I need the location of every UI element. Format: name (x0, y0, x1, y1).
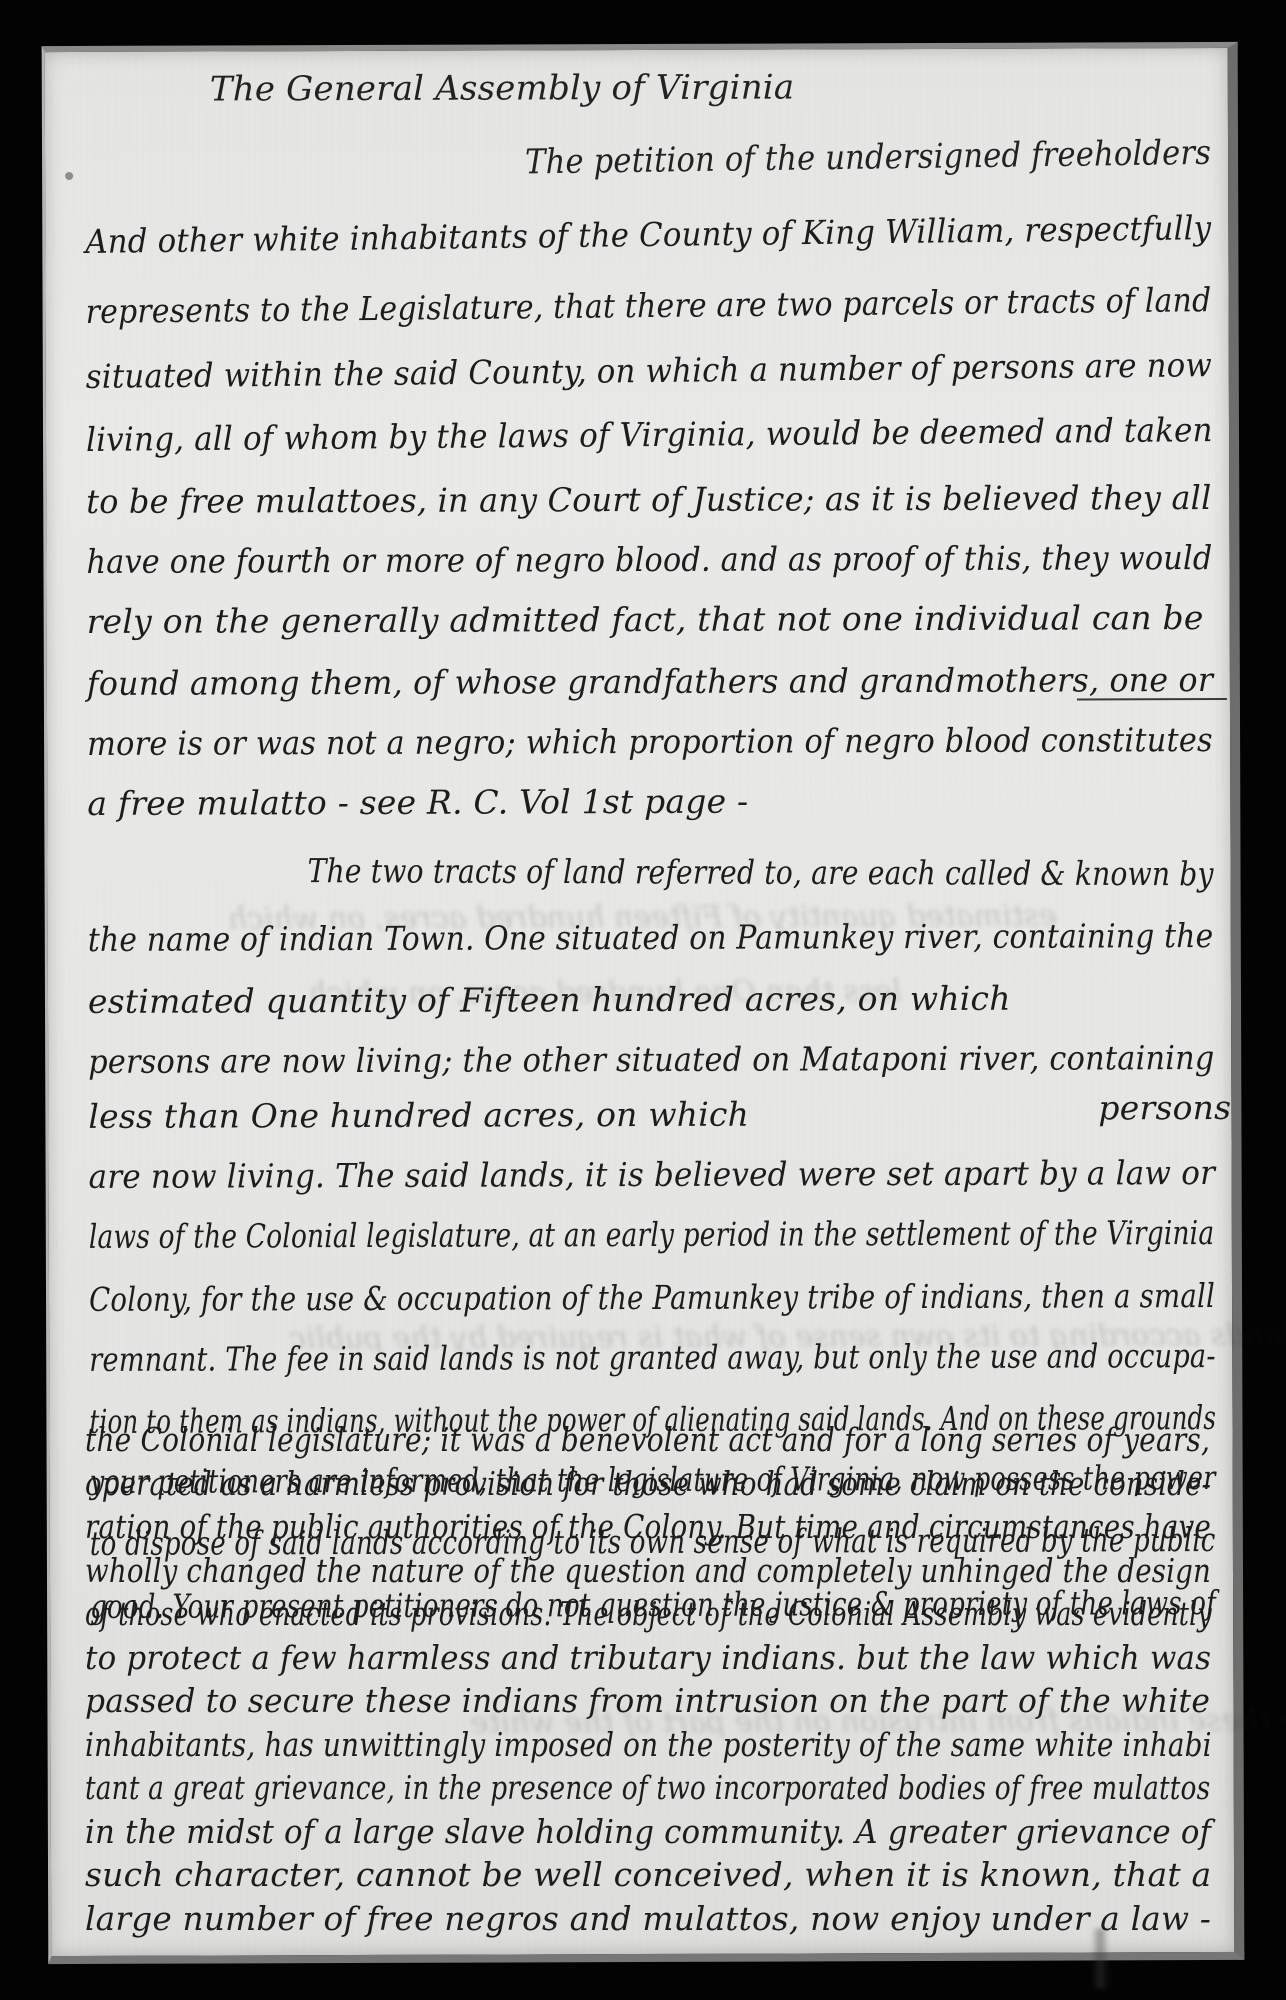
document-heading: The General Assembly of Virginia (210, 67, 795, 109)
manuscript-line: your petitioners are informed, that the … (90, 1458, 1216, 1501)
manuscript-line: living, all of whom by the laws of Virgi… (86, 410, 1213, 459)
manuscript-line: to be free mulattoes, in any Court of Ju… (86, 478, 1211, 521)
manuscript-line: represents to the Legislature, that ther… (85, 280, 1211, 331)
manuscript-line: The two tracts of land referred to, are … (307, 851, 1213, 893)
manuscript-line: less than One hundred acres, on which (88, 1095, 749, 1136)
manuscript-line: laws of the Colonial legislature, at an … (89, 1213, 1215, 1256)
manuscript-line: persons are now living; the other situat… (88, 1038, 1214, 1081)
manuscript-line: rely on the generally admitted fact, tha… (87, 598, 1204, 641)
manuscript-text: The General Assembly of Virginia The pet… (45, 48, 1235, 1956)
manuscript-line: remnant. The fee in said lands is not gr… (89, 1336, 1216, 1379)
manuscript-line: the name of indian Town. One situated on… (88, 916, 1214, 959)
manuscript-line: And other white inhabitants of the Count… (85, 208, 1211, 261)
underline-mark (1077, 698, 1227, 701)
petition-salutation: The petition of the undersigned freehold… (525, 133, 1212, 183)
manuscript-line: more is or was not a negro; which propor… (87, 720, 1213, 763)
manuscript-page: estimated quantity of Fifteen hundred ac… (42, 42, 1245, 1964)
manuscript-line: good. Your present petitioners do not qu… (90, 1583, 1216, 1626)
manuscript-line: persons (1098, 1088, 1231, 1127)
manuscript-line: found among them, of whose grandfathers … (87, 660, 1213, 703)
manuscript-line: have one fourth or more of negro blood. … (86, 538, 1212, 581)
manuscript-line: Colony, for the use & occupation of the … (89, 1276, 1215, 1319)
manuscript-line: situated within the said County, on whic… (86, 345, 1213, 396)
manuscript-line: estimated quantity of Fifteen hundred ac… (88, 979, 1011, 1021)
manuscript-line: tion to them as indians, without the pow… (89, 1398, 1216, 1441)
manuscript-line: are now living. The said lands, it is be… (89, 1153, 1216, 1196)
manuscript-line: to dispose of said lands according to it… (90, 1520, 1216, 1563)
manuscript-line: a free mulatto - see R. C. Vol 1st page … (87, 782, 748, 823)
scan-background: estimated quantity of Fifteen hundred ac… (0, 0, 1286, 2000)
